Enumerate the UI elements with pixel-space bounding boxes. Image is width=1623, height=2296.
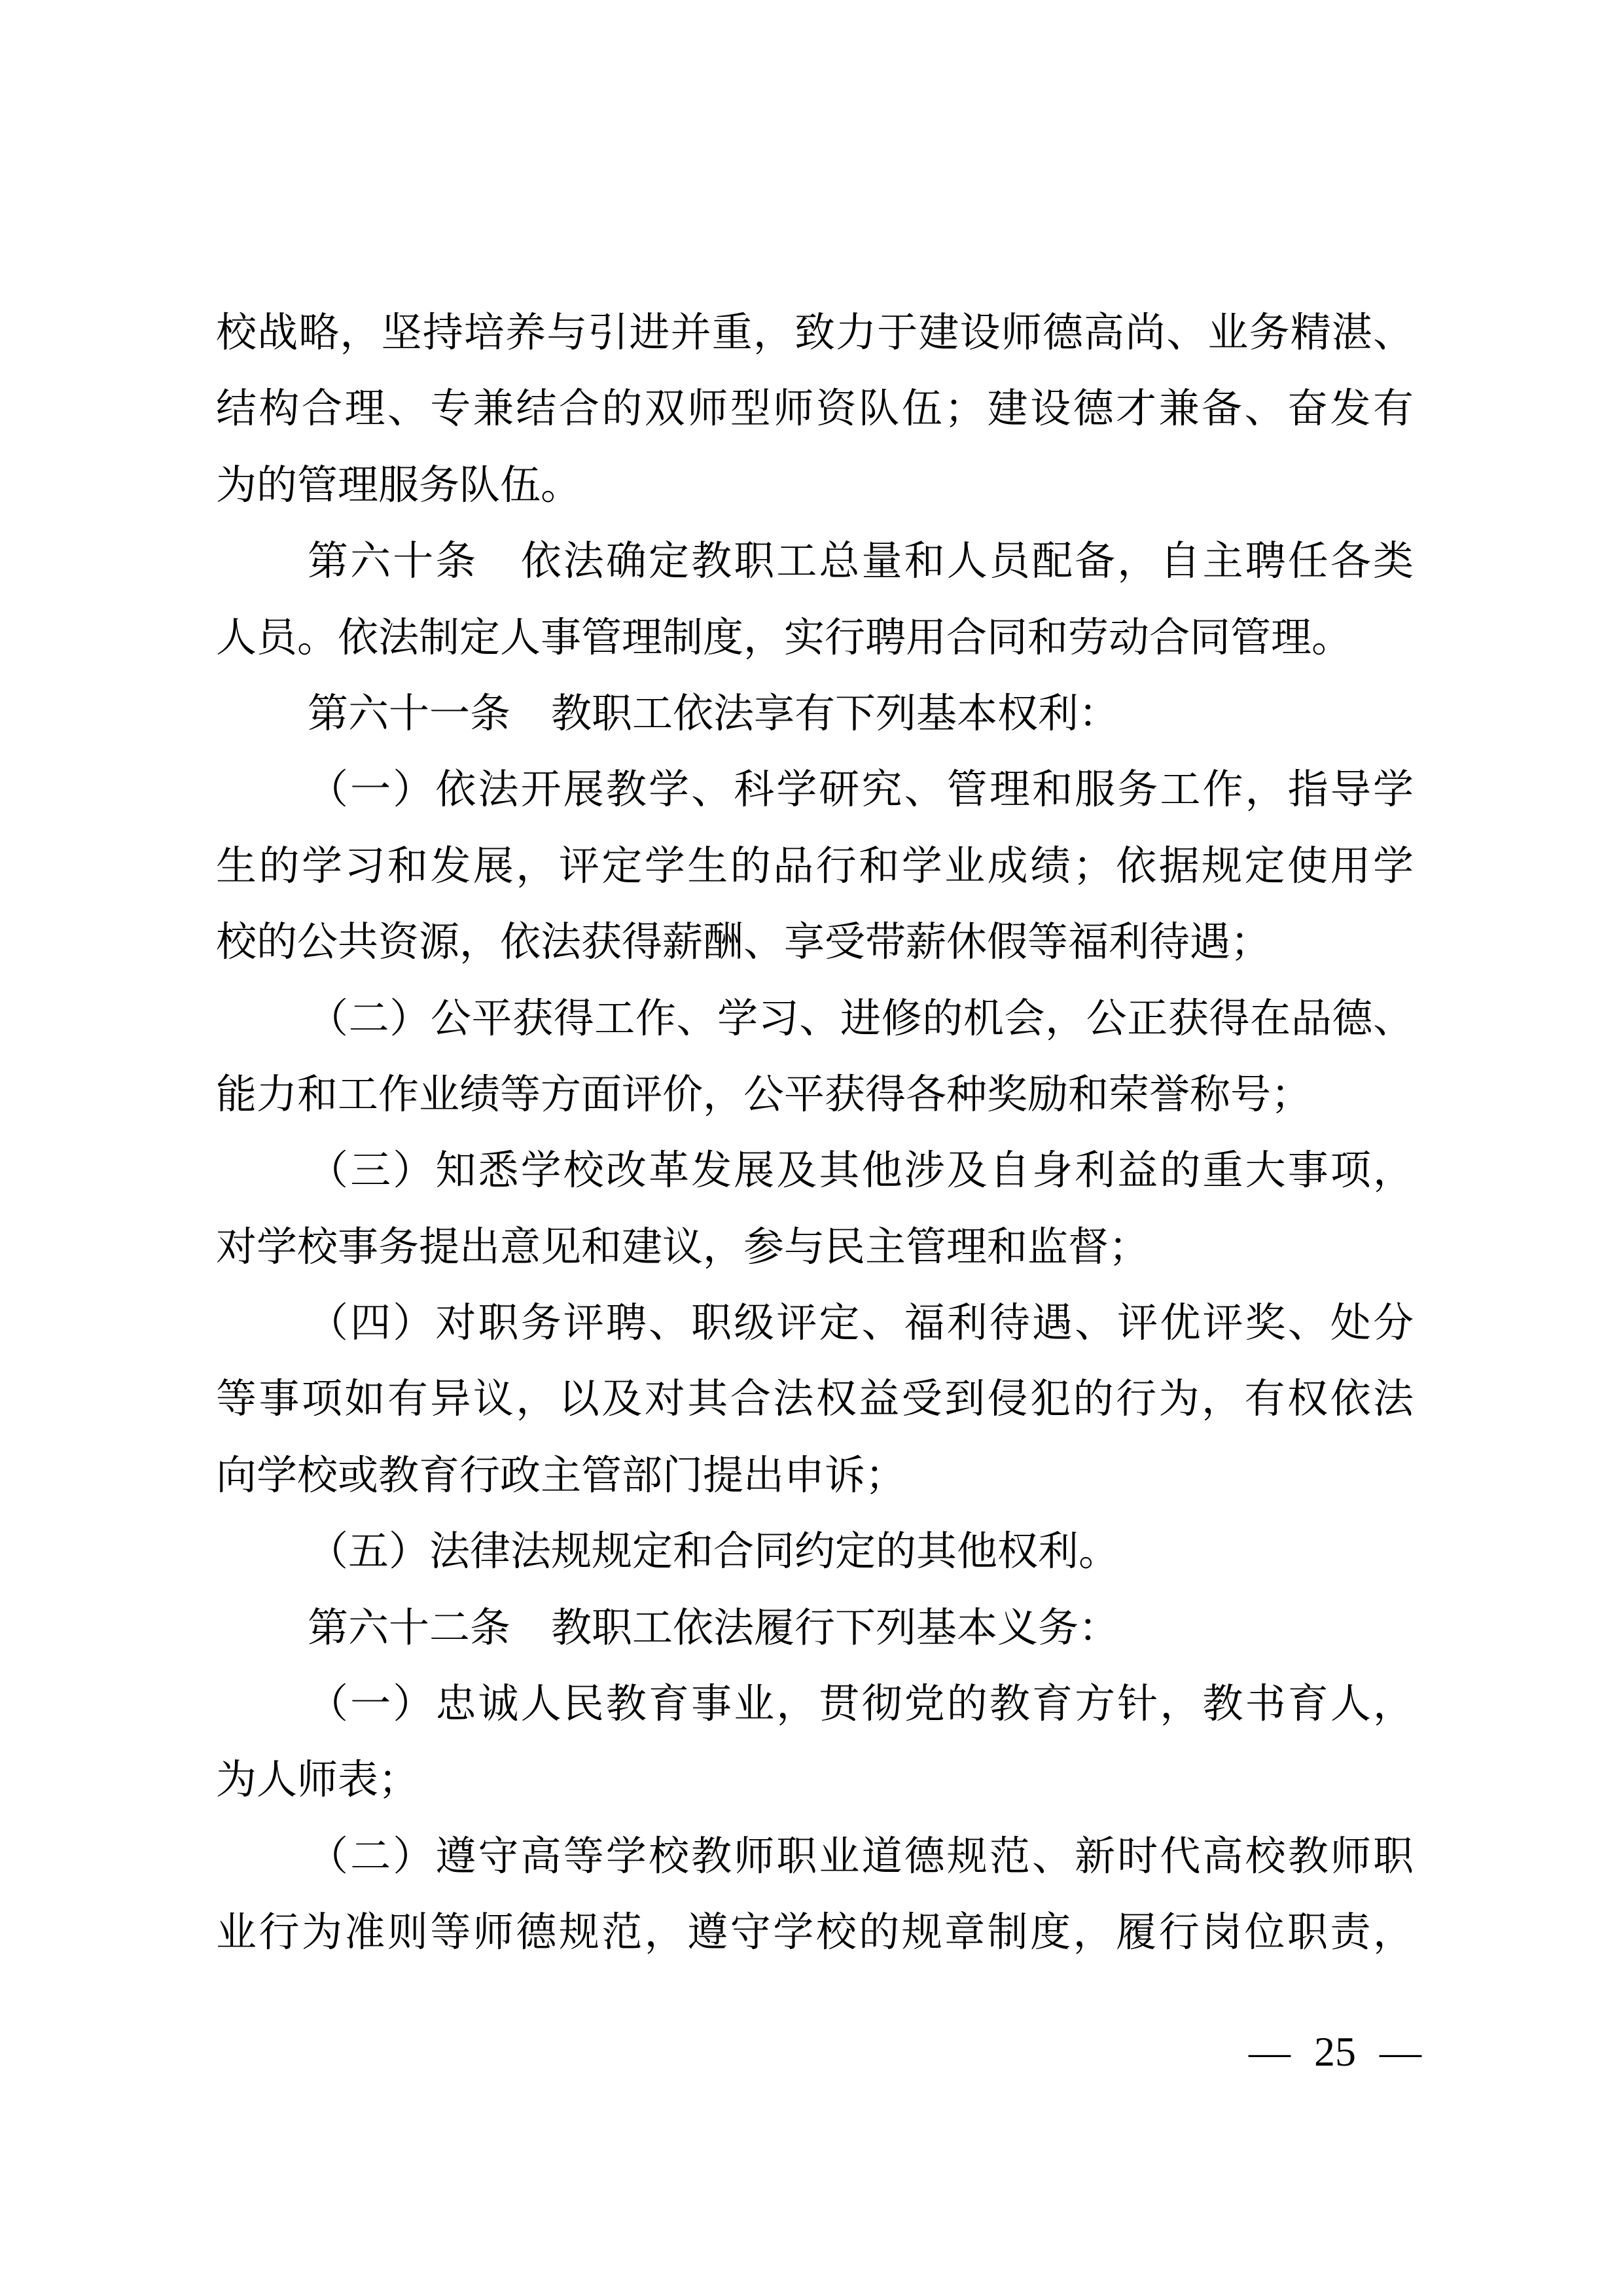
body-text-line: （四）对职务评聘、职级评定、福利待遇、评优评奖、处分 <box>216 1285 1414 1361</box>
body-text-line: 第六十二条 教职工依法履行下列基本义务： <box>216 1590 1414 1666</box>
body-text-line: 校的公共资源，依法获得薪酬、享受带薪休假等福利待遇； <box>216 905 1414 980</box>
body-text-line: 人员。依法制定人事管理制度，实行聘用合同和劳动合同管理。 <box>216 600 1414 676</box>
body-text-line: 生的学习和发展，评定学生的品行和学业成绩；依据规定使用学 <box>216 829 1414 905</box>
body-text-line: 校战略，坚持培养与引进并重，致力于建设师德高尚、业务精湛、 <box>216 295 1414 371</box>
footer-left-dash: — <box>1249 2031 1291 2073</box>
body-text-line: （二）遵守高等学校教师职业道德规范、新时代高校教师职 <box>216 1819 1414 1895</box>
document-page: 校战略，坚持培养与引进并重，致力于建设师德高尚、业务精湛、结构合理、专兼结合的双… <box>0 0 1623 2296</box>
page-footer: — 25 — <box>1249 2031 1421 2073</box>
body-text-line: 第六十一条 教职工依法享有下列基本权利： <box>216 676 1414 752</box>
body-text-line: 为人师表； <box>216 1742 1414 1818</box>
body-text: 校战略，坚持培养与引进并重，致力于建设师德高尚、业务精湛、结构合理、专兼结合的双… <box>216 295 1414 1971</box>
body-text-line: 能力和工作业绩等方面评价，公平获得各种奖励和荣誉称号； <box>216 1057 1414 1133</box>
body-text-line: （一）忠诚人民教育事业，贯彻党的教育方针，教书育人， <box>216 1666 1414 1742</box>
body-text-line: 为的管理服务队伍。 <box>216 448 1414 524</box>
body-text-line: 等事项如有异议，以及对其合法权益受到侵犯的行为，有权依法 <box>216 1361 1414 1437</box>
body-text-line: 业行为准则等师德规范，遵守学校的规章制度，履行岗位职责， <box>216 1895 1414 1971</box>
body-text-line: （三）知悉学校改革发展及其他涉及自身利益的重大事项， <box>216 1133 1414 1209</box>
page-number: 25 <box>1314 2031 1356 2073</box>
body-text-line: 结构合理、专兼结合的双师型师资队伍；建设德才兼备、奋发有 <box>216 371 1414 447</box>
body-text-line: 向学校或教育行政主管部门提出申诉； <box>216 1438 1414 1514</box>
body-text-line: （二）公平获得工作、学习、进修的机会，公正获得在品德、 <box>216 981 1414 1057</box>
body-text-line: （一）依法开展教学、科学研究、管理和服务工作，指导学 <box>216 752 1414 828</box>
footer-right-dash: — <box>1380 2031 1421 2073</box>
body-text-line: 对学校事务提出意见和建议，参与民主管理和监督； <box>216 1210 1414 1285</box>
body-text-line: 第六十条 依法确定教职工总量和人员配备，自主聘任各类 <box>216 524 1414 600</box>
body-text-line: （五）法律法规规定和合同约定的其他权利。 <box>216 1514 1414 1590</box>
